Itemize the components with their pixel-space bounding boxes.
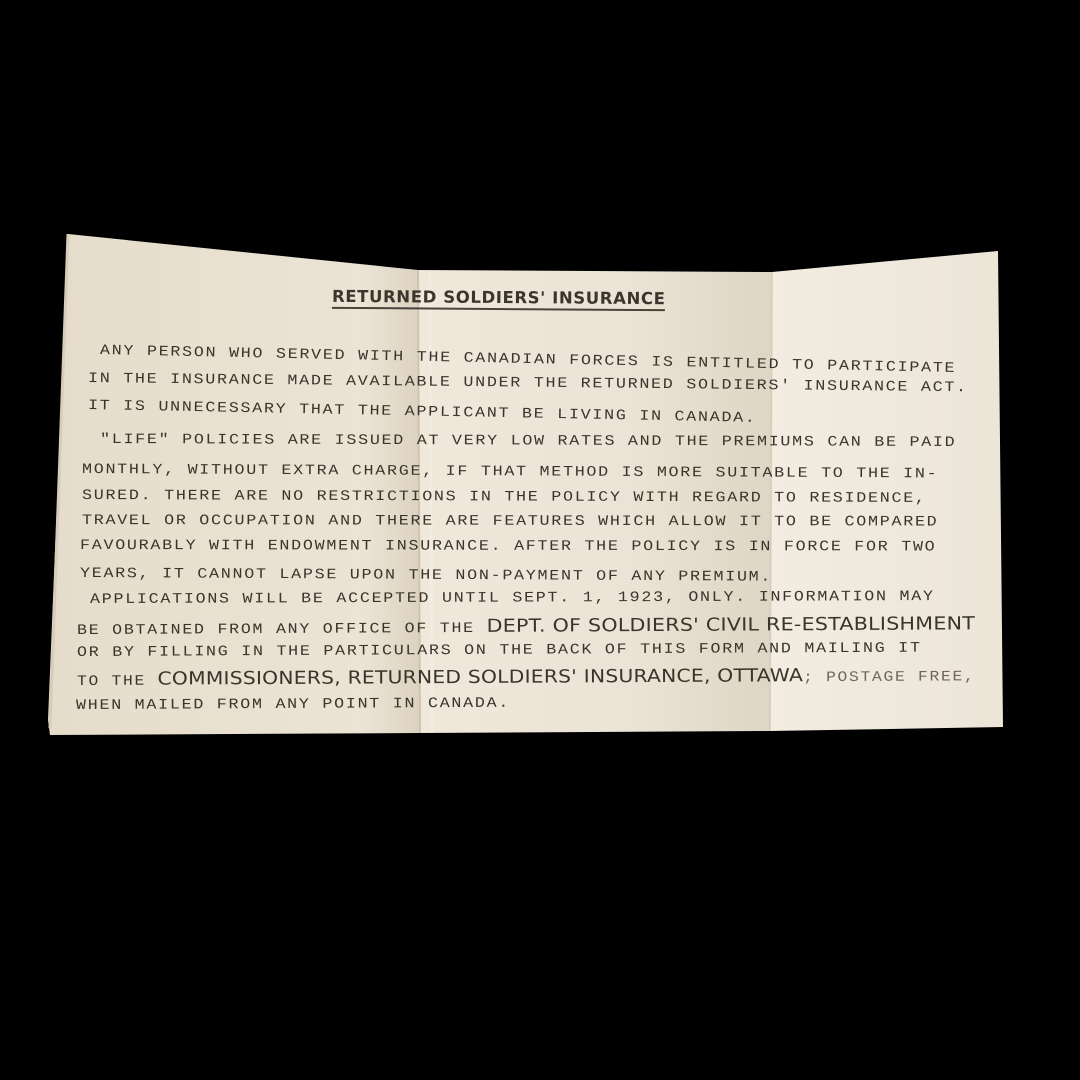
text-line: APPLICATIONS WILL BE ACCEPTED UNTIL SEPT… — [90, 589, 935, 608]
text-line: TRAVEL OR OCCUPATION AND THERE ARE FEATU… — [82, 513, 938, 530]
text-line: IN THE INSURANCE MADE AVAILABLE UNDER TH… — [88, 371, 968, 396]
text-line: SURED. THERE ARE NO RESTRICTIONS IN THE … — [82, 488, 927, 507]
department-name: DEPT. OF SOLDIERS' CIVIL RE-ESTABLISHMEN… — [486, 613, 975, 637]
document-text: RETURNED SOLDIERS' INSURANCE ANY PERSON … — [0, 0, 1080, 1080]
text-line: WHEN MAILED FROM ANY POINT IN CANADA. — [76, 696, 510, 714]
text-line: "LIFE" POLICIES ARE ISSUED AT VERY LOW R… — [100, 432, 956, 451]
document-title: RETURNED SOLDIERS' INSURANCE — [332, 287, 666, 311]
text-segment: TO THE — [77, 674, 158, 690]
text-line: YEARS, IT CANNOT LAPSE UPON THE NON-PAYM… — [80, 566, 772, 586]
photo-background: RETURNED SOLDIERS' INSURANCE ANY PERSON … — [0, 0, 1080, 1080]
text-line: FAVOURABLY WITH ENDOWMENT INSURANCE. AFT… — [80, 538, 936, 555]
text-line: MONTHLY, WITHOUT EXTRA CHARGE, IF THAT M… — [82, 462, 938, 482]
text-segment: BE OBTAINED FROM ANY OFFICE OF THE — [77, 621, 487, 639]
text-line: TO THE COMMISSIONERS, RETURNED SOLDIERS'… — [77, 664, 976, 690]
text-line: OR BY FILLING IN THE PARTICULARS ON THE … — [77, 641, 922, 661]
text-line: IT IS UNNECESSARY THAT THE APPLICANT BE … — [88, 398, 757, 427]
text-line: BE OBTAINED FROM ANY OFFICE OF THE DEPT.… — [77, 613, 975, 639]
commissioners-address: COMMISSIONERS, RETURNED SOLDIERS' INSURA… — [157, 665, 803, 689]
postage-note: ; POSTAGE FREE, — [803, 669, 976, 686]
